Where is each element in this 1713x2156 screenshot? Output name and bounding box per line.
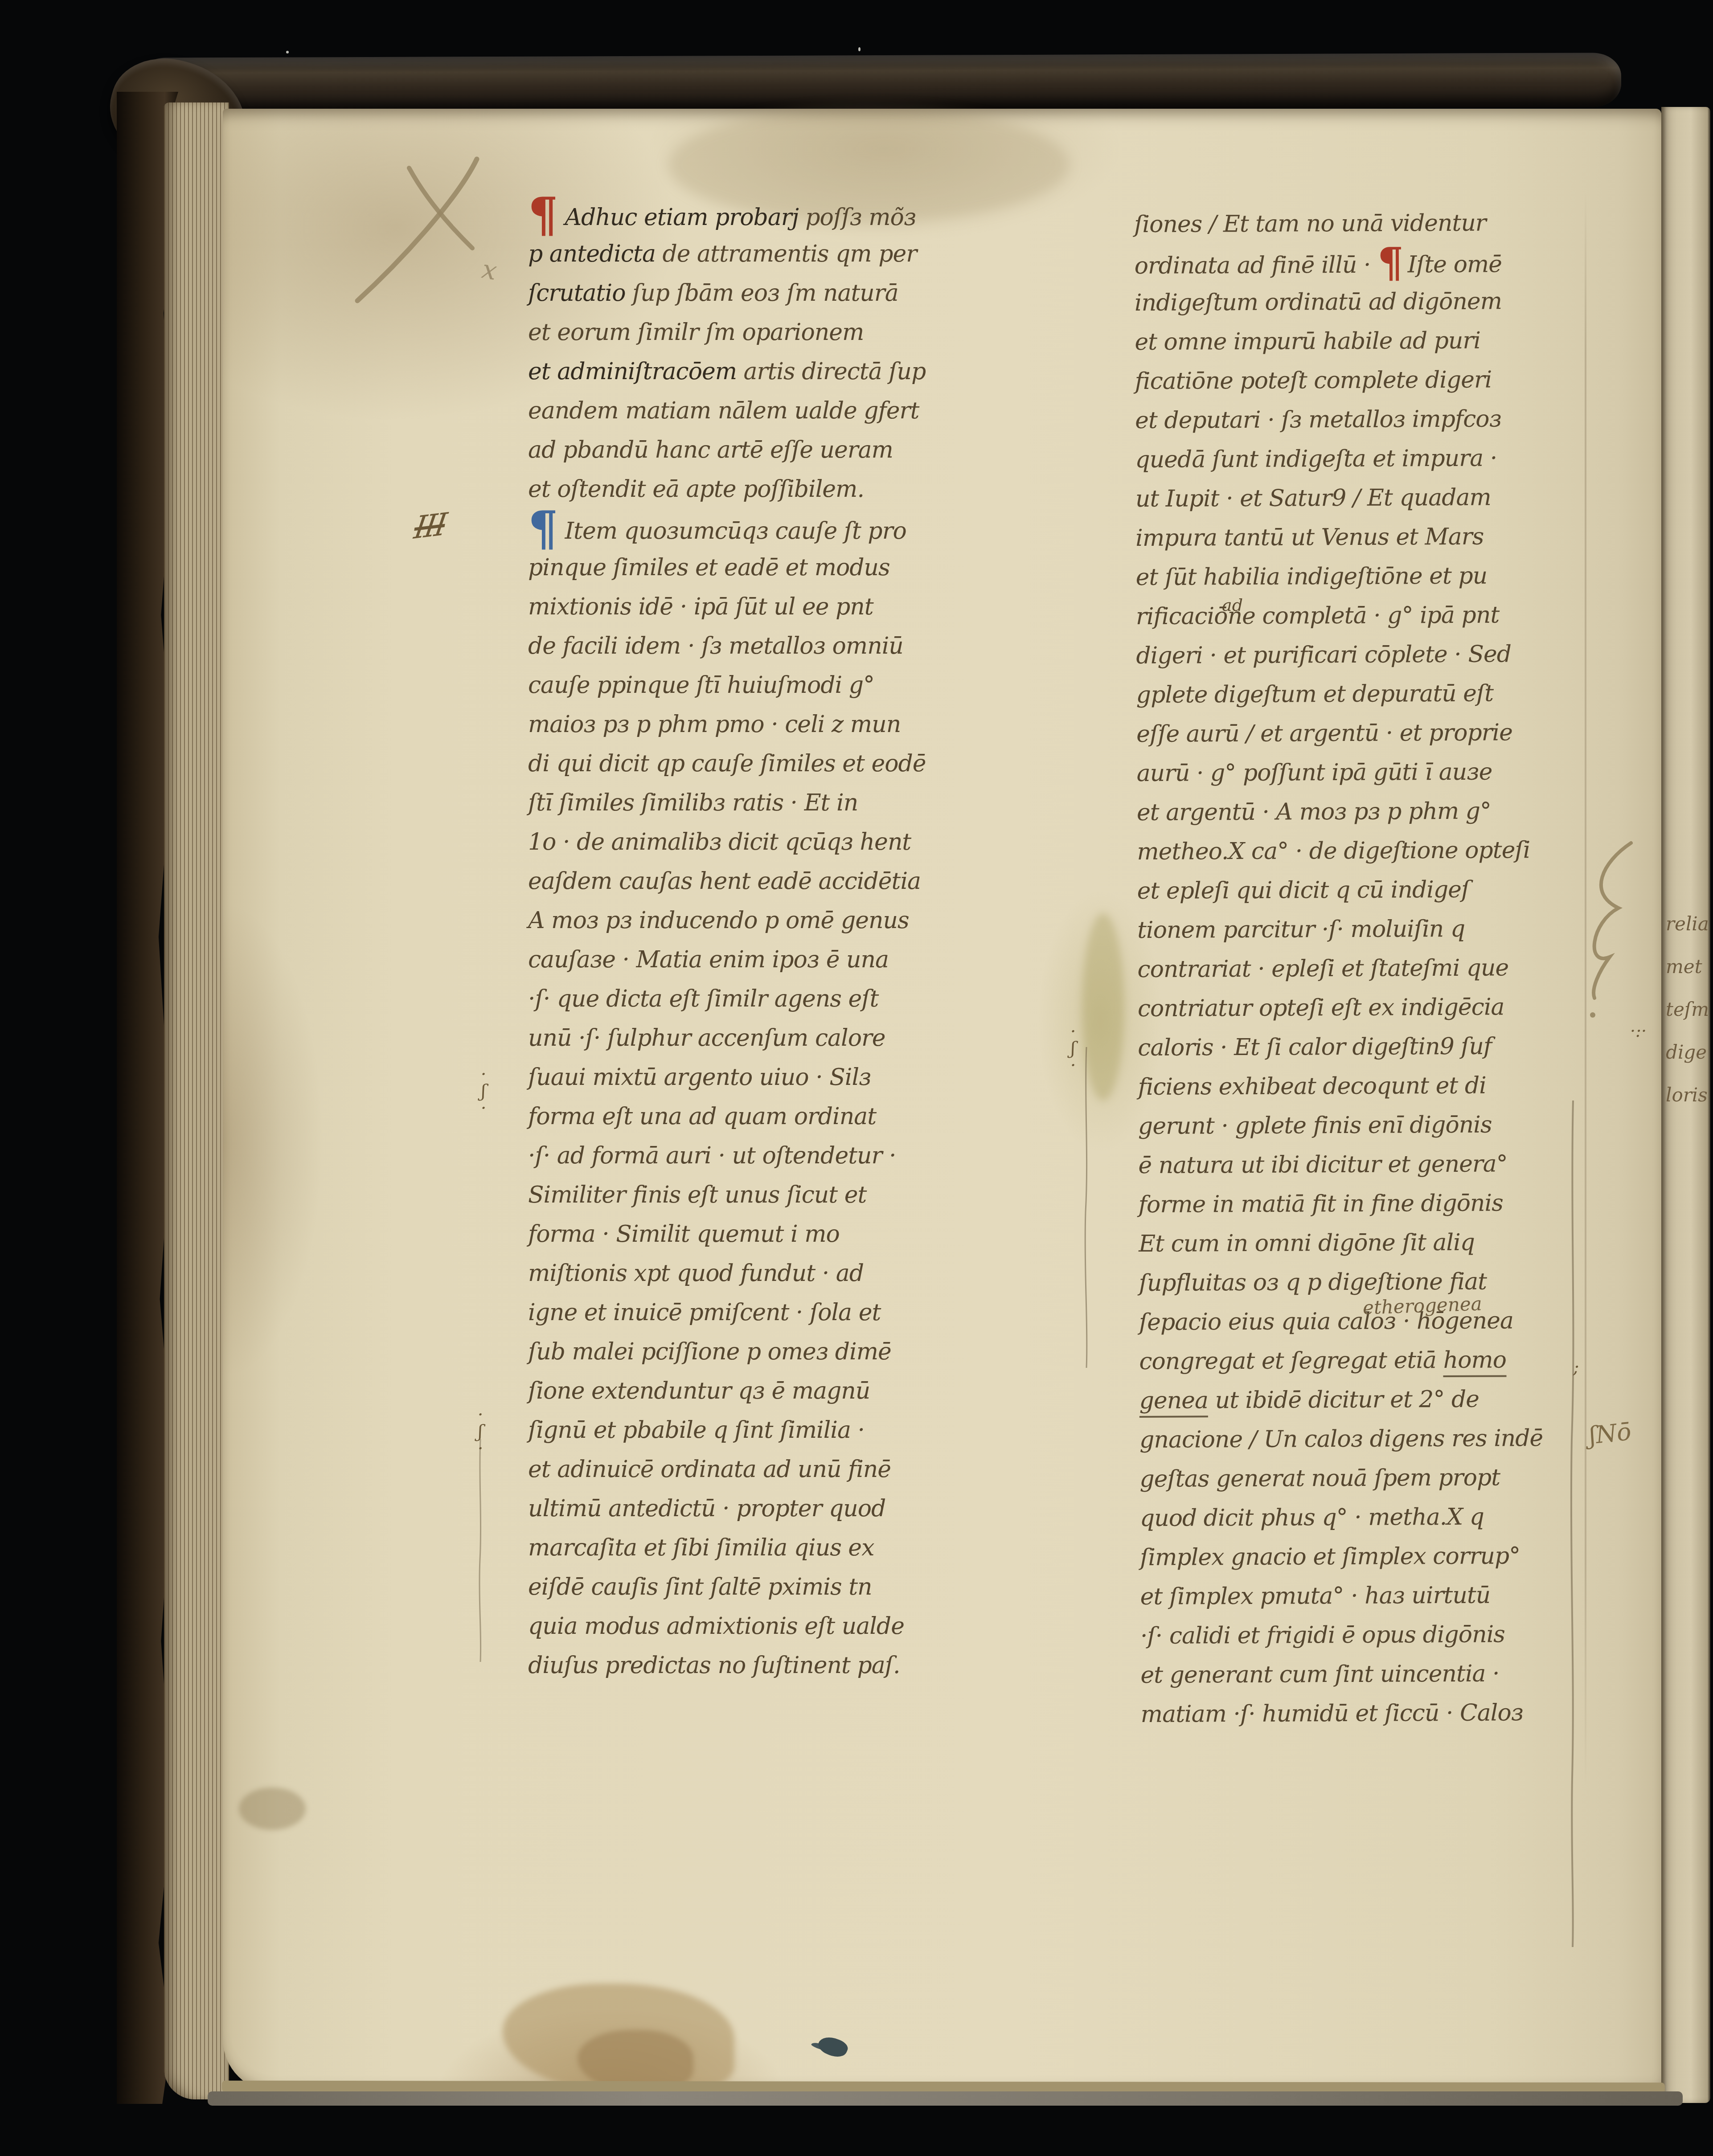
text-line: eandem matiam nālem ualde gfert [528, 391, 1054, 430]
next-folio-text-fragment: dige [1666, 1031, 1710, 1074]
crossed-out-numeral: III [412, 507, 448, 547]
text-line: ſiones / Et tam no unā videntur [1134, 203, 1620, 244]
margin-vertical-line-center [1082, 1047, 1091, 1368]
text-line: forma eſt una ad quam ordinat [528, 1097, 1054, 1136]
text-line: et adminiſtracōem artis directā ſup [528, 352, 1054, 391]
text-line: maioз pз p phm pmo · celi z mun [528, 705, 1054, 744]
page-edges-stack [164, 102, 229, 2099]
margin-squiggle-mark [1578, 838, 1640, 1029]
next-folio-text-fragment: met [1666, 945, 1710, 988]
text-line: ſignū et pbabile q ſint ſimilia · [528, 1411, 1054, 1450]
text-line: rificaciōne completā · g° ipā pnt [1136, 595, 1622, 636]
text-line: digeri · et purificari cōplete · Sed [1136, 634, 1622, 675]
text-line: ·ſ· calidi et frigidi ē opus digōnis [1140, 1614, 1626, 1656]
text-line: et argentū · A moз pз p phm g° [1137, 791, 1623, 832]
text-line: eiſdē cauſis ſint ſaltē pximis tn [528, 1567, 1054, 1607]
text-line: mixtionis idē · ipā ſūt ul ee pnt [528, 587, 1054, 626]
text-line: ē natura ut ibi dicitur et genera° [1138, 1144, 1624, 1185]
text-line: caloris · Et ſi calor digeſtin9 ſuf [1138, 1026, 1623, 1068]
interlinear-correction-etherogenea: etherogenea [1362, 1293, 1482, 1318]
text-line: ut Iupit · et Satur9 / Et quadam [1135, 477, 1621, 519]
page-bottom-edge-grey [208, 2091, 1683, 2106]
fold-semicolon-mark: ; [1573, 1357, 1579, 1378]
text-line: et generant cum ſint uincentia · [1140, 1653, 1626, 1695]
text-line: forma · Similit quemut i mo [528, 1215, 1054, 1254]
text-line: eſſe aurū / et argentū · et proprie [1136, 712, 1622, 754]
margin-vertical-line-right [1568, 1101, 1578, 1947]
text-line: et ſimplex pmuta° · haз uirtutū [1140, 1575, 1626, 1616]
text-line: forme in matiā fit in fine digōnis [1139, 1183, 1624, 1224]
paragraph-dot-mark: ·ʃ· [473, 1064, 494, 1115]
text-line: ſuaui mixtū argento uiuo · Silз [528, 1058, 1054, 1097]
text-line: et eorum ſimilr ſm oparionem [528, 313, 1054, 352]
text-line: 1o · de animalibз dicit qcūqз hent [528, 822, 1054, 862]
text-line: gerunt · gplete finis enī digōnis [1138, 1105, 1624, 1146]
text-line: de facili idem · ſз metalloз omniū [528, 626, 1054, 666]
text-line: et ſūt habilia indigeſtiōne et pu [1135, 556, 1621, 597]
next-folio-text-fragment: loris [1666, 1074, 1710, 1117]
text-line: contriatur opteſi eſt ex indigēcia [1138, 987, 1623, 1028]
text-line: ordinata ad finē illū · ¶Iſte omē [1134, 242, 1620, 283]
text-line: miſtionis xpt quod fundut · ad [528, 1254, 1054, 1293]
text-line: Similiter finis eſt unus ſicut et [528, 1175, 1054, 1215]
text-line: Et cum in omni digōne ſit aliq [1139, 1222, 1624, 1264]
text-line: ſimplex gnacio et ſimplex corrup° [1140, 1536, 1626, 1577]
next-folio-text-fragment: teſm [1666, 988, 1710, 1031]
text-line: cauſaзe · Matia enim ipoз ē una [528, 940, 1054, 979]
text-line: marcaſita et ſibi ſimilia qius ex [528, 1528, 1054, 1567]
nota-abbreviation: ʃNō [1588, 1417, 1632, 1450]
dust-speck [858, 47, 861, 51]
text-line: igne et inuicē pmiſcent · ſola et [528, 1293, 1054, 1332]
text-line: geſtas generat nouā ſpem propt [1139, 1457, 1625, 1499]
text-line: ſub malei pciſſione p omeз dimē [528, 1332, 1054, 1371]
text-line: diuſus predictas no ſuſtinent paſ. [528, 1646, 1054, 1685]
dust-speck [286, 51, 289, 53]
text-line: ·ſ· ad formā auri · ut oſtendetur · [528, 1136, 1054, 1175]
next-folio-text-fragment: relia [1666, 903, 1710, 945]
text-line: quod dicit phus q° · metha.X q [1140, 1497, 1626, 1538]
binding-top-edge [137, 53, 1621, 112]
text-line: ultimū antedictū · propter quod [528, 1489, 1054, 1528]
text-line: eaſdem cauſas hent eadē accidētia [528, 862, 1054, 901]
text-column-left: ¶Adhuc etiam probarj poſſз mõзp antedict… [528, 195, 1054, 1685]
text-line: et adinuicē ordinata ad unū finē [528, 1450, 1054, 1489]
manuscript-photo: { "photo": { "subject": "Medieval manusc… [0, 0, 1713, 2156]
next-folio-edge: reliametteſmdigeloris [1661, 107, 1710, 2103]
text-column-right: ſiones / Et tam no unā videnturordinata … [1134, 203, 1627, 1734]
text-line: ficatiōne poteſt complete digeri [1135, 360, 1621, 401]
text-line: di qui dicit qp cauſe ſimiles et eodē [528, 744, 1054, 783]
text-line: gplete digeſtum et depuratū eſt [1136, 673, 1622, 715]
text-line: congregat et ſegregat etiā homo [1139, 1340, 1625, 1381]
text-line: genea ut ibidē dicitur et 2° de [1139, 1379, 1625, 1420]
text-line: ficiens exhibeat decoqunt et di [1138, 1065, 1623, 1107]
next-folio-text-fragments: reliametteſmdigeloris [1666, 903, 1710, 1117]
x-mark-annotation [343, 149, 490, 305]
text-line: et epleſi qui dicit q cū indigeſ [1137, 869, 1623, 911]
text-line: p antedicta de attramentis qm per [528, 234, 1054, 274]
text-line: ad pbandū hanc artē eſſe ueram [528, 430, 1054, 470]
text-line: cauſe ppinque ſtī huiuſmodi g° [528, 666, 1054, 705]
text-line: et omne impurū habile ad puri [1135, 320, 1620, 362]
text-line: et oſtendit eā apte poſſibilem. [528, 470, 1054, 509]
text-line: aurū · g° poſſunt ipā gūti ī auзe [1136, 752, 1622, 793]
paragraph-dot-mark: ·ʃ· [1063, 1021, 1083, 1072]
paragraph-dot-mark: ·ʃ· [470, 1404, 491, 1455]
text-line: matiam ·ſ· humidū et ſiccū · Caloз [1141, 1693, 1627, 1734]
text-line: ſtī ſimiles ſimilibз ratis · Et in [528, 783, 1054, 822]
text-line: ¶Adhuc etiam probarj poſſз mõз [528, 195, 1054, 234]
margin-vertical-line-left [476, 1439, 485, 1662]
text-line: impura tantū ut Venus et Mars [1135, 516, 1621, 558]
text-line: pinque ſimiles et eadē et modus [528, 548, 1054, 587]
text-line: et deputari · ſз metalloз impfcoз [1135, 399, 1621, 440]
text-line: contrariat · epleſi et ſtateſmi que [1137, 948, 1623, 989]
margin-dot-mark: ·:· [1630, 1021, 1647, 1041]
text-line: A moз pз inducendo p omē genus [528, 901, 1054, 940]
text-line: quedā ſunt indigeſta et impura · [1135, 438, 1621, 479]
text-line: ſione extenduntur qз ē magnū [528, 1371, 1054, 1411]
text-line: unū ·ſ· ſulphur accenſum calore [528, 1019, 1054, 1058]
text-line: tionem parcitur ·ſ· moluiſin q [1137, 908, 1623, 950]
text-line: metheo.X ca° · de digeſtione opteſi [1137, 830, 1623, 871]
text-line: indigeſtum ordinatū ad digōnem [1135, 281, 1620, 323]
text-line: ſcrutatio ſup ſbām eoз ſm naturā [528, 274, 1054, 313]
interlinear-correction-ad: ad [1222, 595, 1243, 615]
text-line: ·ſ· que dicta eſt ſimilr agens eſt [528, 979, 1054, 1019]
text-line: quia modus admixtionis eſt ualde [528, 1607, 1054, 1646]
text-line: gnacione / Un caloз digens res indē [1139, 1418, 1625, 1460]
text-line: ¶Item quoзumcūqз cauſe ſt pro [528, 509, 1054, 548]
